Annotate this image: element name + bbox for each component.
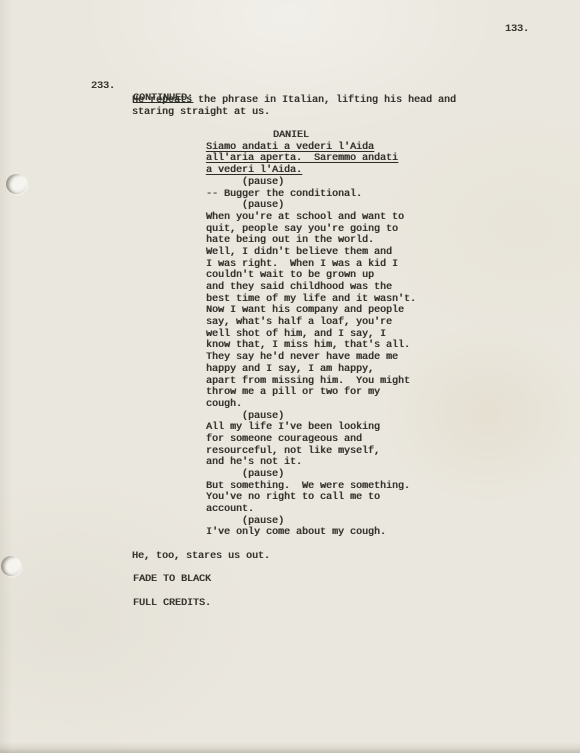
dialogue-line: best time of my life and it wasn't.: [206, 294, 580, 306]
dialogue-line: quit, people say you're going to: [206, 224, 580, 236]
dialogue-line: But something. We were something.: [206, 481, 580, 493]
action-line: He repeats the phrase in Italian, liftin…: [132, 95, 580, 107]
blank-line: [0, 586, 580, 598]
dialogue-line: couldn't wait to be grown up: [206, 270, 580, 282]
character-name: DANIEL: [273, 130, 580, 142]
dialogue-line: cough.: [206, 399, 580, 411]
parenthetical: (pause): [242, 411, 580, 423]
action-line: staring straight at us.: [132, 107, 580, 119]
dialogue-line-underlined: Siamo andati a vederi l'Aida: [206, 142, 580, 154]
dialogue-line: throw me a pill or two for my: [206, 387, 580, 399]
dialogue-line: apart from missing him. You might: [206, 376, 580, 388]
dialogue-line: When you're at school and want to: [206, 212, 580, 224]
dialogue-line: well shot of him, and I say, I: [206, 329, 580, 341]
parenthetical: (pause): [242, 516, 580, 528]
blank-line: [0, 118, 580, 130]
page-number: 133.: [505, 24, 529, 36]
dialogue-line: account.: [206, 504, 580, 516]
script-page: 133. 233. CONTINUED: He repeats the phra…: [0, 0, 580, 753]
dialogue-line: happy and I say, I am happy,: [206, 364, 580, 376]
dialogue-line: Well, I didn't believe them and: [206, 247, 580, 259]
dialogue-line: Now I want his company and people: [206, 305, 580, 317]
action-line: He, too, stares us out.: [132, 551, 580, 563]
dialogue-line: I was right. When I was a kid I: [206, 259, 580, 271]
blank-line: [0, 539, 580, 551]
blank-line: [0, 563, 580, 575]
dialogue-line: I've only come about my cough.: [206, 527, 580, 539]
dialogue-line: -- Bugger the conditional.: [206, 189, 580, 201]
dialogue-line-underlined: all'aria aperta. Saremmo andati: [206, 153, 580, 165]
dialogue-line: They say he'd never have made me: [206, 352, 580, 364]
dialogue-line: and he's not it.: [206, 457, 580, 469]
parenthetical: (pause): [242, 469, 580, 481]
scene-number: 233.: [91, 81, 115, 93]
dialogue-line: You've no right to call me to: [206, 492, 580, 504]
scene-heading: 233. CONTINUED:: [0, 69, 580, 81]
dialogue-line: and they said childhood was the: [206, 282, 580, 294]
dialogue-line: for someone courageous and: [206, 434, 580, 446]
parenthetical: (pause): [242, 200, 580, 212]
dialogue-line: All my life I've been looking: [206, 422, 580, 434]
script-body: He repeats the phrase in Italian, liftin…: [0, 95, 580, 609]
dialogue-line-underlined: a vederi l'Aida.: [206, 165, 580, 177]
transition-line: FADE TO BLACK: [133, 574, 580, 586]
dialogue-line: say, what's half a loaf, you're: [206, 317, 580, 329]
dialogue-line: hate being out in the world.: [206, 235, 580, 247]
parenthetical: (pause): [242, 177, 580, 189]
transition-line: FULL CREDITS.: [133, 598, 580, 610]
dialogue-line: know that, I miss him, that's all.: [206, 340, 580, 352]
dialogue-line: resourceful, not like myself,: [206, 446, 580, 458]
